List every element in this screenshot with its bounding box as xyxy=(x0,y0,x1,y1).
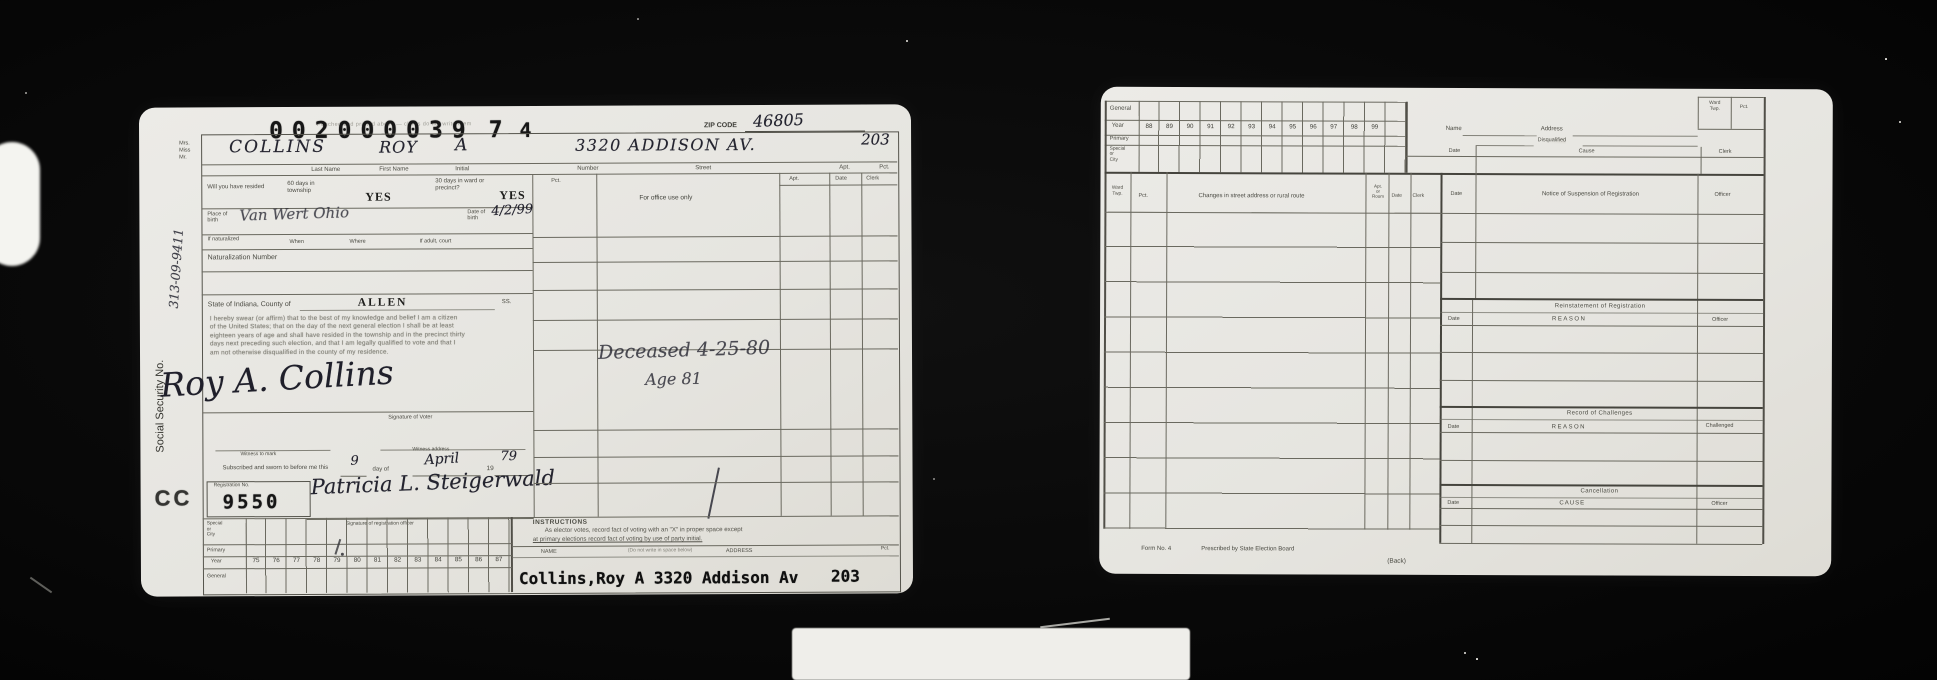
rule xyxy=(1440,406,1763,409)
year-cell: 82 xyxy=(388,557,408,564)
label-number: Number xyxy=(577,166,598,173)
address-table-rows xyxy=(1103,212,1440,530)
cancellation-title: Cancellation xyxy=(1489,488,1709,496)
instructions-title: INSTRUCTIONS xyxy=(533,519,588,527)
grid-special-3: City xyxy=(207,533,223,539)
last-name-value: COLLINS xyxy=(229,137,326,157)
dust-speck xyxy=(1899,121,1901,123)
rule xyxy=(1476,145,1534,146)
ss-label: SS. xyxy=(502,299,512,306)
year-cell: 99 xyxy=(1365,124,1386,131)
label-initial: Initial xyxy=(455,166,469,173)
sworn-day-value: 9 xyxy=(350,454,358,469)
title-prefixes: Mrs. Miss Mr. xyxy=(179,140,190,161)
rule xyxy=(1439,543,1762,545)
rule xyxy=(1440,419,1763,421)
place-of-birth-value: Van Wert Ohio xyxy=(239,203,349,224)
susp-officer-label: Officer xyxy=(1714,192,1730,199)
dust-speck xyxy=(1464,652,1466,654)
back-general-label: General xyxy=(1110,106,1131,113)
form-number: Form No. 4 xyxy=(1141,546,1171,553)
year-cell-empty xyxy=(1385,124,1406,131)
when-label: When xyxy=(290,239,304,246)
year-cell: 80 xyxy=(347,557,367,564)
year-cell: 84 xyxy=(428,556,448,563)
q-township-label: 60 days in township xyxy=(287,181,333,195)
q-township-answer: YES xyxy=(365,190,391,204)
cc-stamp: CC xyxy=(155,485,193,511)
ssn-value-handwritten: 313-09-9411 xyxy=(166,163,190,309)
rule xyxy=(1406,102,1408,173)
year-cell: 81 xyxy=(367,557,387,564)
year-cell: 79 xyxy=(327,557,347,564)
label-last-name: Last Name xyxy=(311,167,340,174)
chal-challenged-label: Challenged xyxy=(1706,423,1734,430)
year-cell: 88 xyxy=(1139,123,1160,130)
bottom-note: (Do not write in space below) xyxy=(628,548,693,554)
tr-date-label: Date xyxy=(1449,148,1461,155)
dust-speck xyxy=(1476,658,1478,660)
rule xyxy=(1731,97,1732,129)
back-special-label: Special or City xyxy=(1110,147,1126,163)
label-apt: Apt. xyxy=(839,165,850,172)
back-primary-label: Primary xyxy=(1110,136,1129,143)
year-cell: 97 xyxy=(1323,124,1344,131)
canc-officer-label: Officer xyxy=(1711,501,1727,508)
year-cell: 93 xyxy=(1241,123,1262,130)
suspension-title: Notice of Suspension of Registration xyxy=(1500,191,1680,199)
address-label: Address xyxy=(1541,126,1563,133)
film-artifact xyxy=(792,628,1190,680)
canc-cause-label: CAUSE xyxy=(1559,500,1585,507)
back-year-label: Year xyxy=(1112,123,1124,130)
at-apt-3: Room xyxy=(1367,194,1388,199)
ward-twp-label: Ward Twp. xyxy=(1701,101,1729,112)
year-cell: 86 xyxy=(468,556,488,563)
rule xyxy=(1440,325,1763,327)
rule xyxy=(1583,145,1698,146)
year-cell: 91 xyxy=(1200,123,1221,130)
at-twp: Twp. xyxy=(1106,191,1128,197)
rule xyxy=(1463,135,1537,136)
dust-speck xyxy=(906,40,908,42)
canc-date-label: Date xyxy=(1447,500,1459,507)
chal-date-label: Date xyxy=(1448,424,1460,431)
sworn-label: Subscribed and sworn to before me this xyxy=(222,465,328,473)
back-special-3: City xyxy=(1110,158,1126,163)
label-street: Street xyxy=(695,165,711,172)
rule xyxy=(1406,156,1764,158)
year-cell: 89 xyxy=(1159,123,1180,130)
q-ward-answer: YES xyxy=(499,188,525,202)
registration-label: Registration No. xyxy=(214,483,250,489)
back-grid-columns xyxy=(1139,101,1406,173)
sworn-year-value: 79 xyxy=(500,449,517,464)
bottom-name-label: NAME xyxy=(541,549,557,556)
state-county-line: State of Indiana, County of xyxy=(208,301,291,310)
year-cell: 90 xyxy=(1180,123,1201,130)
witness-mark-label: Witness to mark xyxy=(240,452,276,458)
rule xyxy=(1440,312,1763,314)
susp-date-label: Date xyxy=(1450,191,1462,198)
registration-card-front: Mrs. Miss Mr. Social Security No. 313-09… xyxy=(139,104,913,596)
rule xyxy=(1471,300,1473,543)
rule xyxy=(1440,213,1763,215)
film-artifact xyxy=(0,142,40,266)
bottom-address-label: ADDRESS xyxy=(726,548,753,555)
film-scratch xyxy=(1040,618,1110,628)
label-pct: Pct. xyxy=(879,164,889,171)
rule xyxy=(1698,97,1699,129)
grid-primary-label: Primary xyxy=(207,547,225,553)
pct-value-handwritten: 203 xyxy=(861,130,890,148)
at-changes-label: Changes in street address or rural route xyxy=(1198,193,1304,200)
rule xyxy=(1440,352,1763,354)
prefix-mr: Mr. xyxy=(179,154,190,161)
county-value: ALLEN xyxy=(358,297,408,311)
rule xyxy=(1701,147,1702,174)
rule xyxy=(1476,146,1477,173)
microfilm-frame: Mrs. Miss Mr. Social Security No. 313-09… xyxy=(0,0,1937,680)
prefix-miss: Miss xyxy=(179,147,190,154)
prescribed-by: Prescribed by State Election Board xyxy=(1201,546,1294,553)
chal-reason-label: REASON xyxy=(1552,424,1586,431)
panel-apt-label: Apt. xyxy=(789,176,799,183)
instructions-line1: As elector votes, record fact of voting … xyxy=(545,526,743,534)
rule xyxy=(1439,508,1762,510)
voter-signature-label: Signature of Voter xyxy=(388,414,432,421)
tr-cause-label: Cause xyxy=(1579,148,1595,155)
street-value: 3320 ADDISON AV. xyxy=(575,135,756,155)
office-use-label: For office use only xyxy=(639,194,692,202)
grid-special-label: Special or City xyxy=(207,521,223,538)
back-grid-years: 88 89 90 91 92 93 94 95 96 97 98 99 xyxy=(1139,123,1406,131)
year-cell: 77 xyxy=(286,557,306,564)
name-label: Name xyxy=(1446,126,1462,133)
rule xyxy=(1439,497,1762,499)
date-of-birth-label: Date of birth xyxy=(467,209,493,222)
zip-value: 46805 xyxy=(753,110,805,131)
grid-year-label: Year xyxy=(211,558,222,564)
dust-speck xyxy=(933,478,935,480)
disqualified-label: Disqualified xyxy=(1538,137,1566,144)
age-note: Age 81 xyxy=(645,369,702,389)
bottom-pct-label: Pct. xyxy=(881,546,890,552)
naturalized-label: If naturalized xyxy=(207,236,247,243)
year-cell: 94 xyxy=(1262,123,1283,130)
rule xyxy=(1440,380,1763,382)
where-label: Where xyxy=(350,239,366,246)
rule xyxy=(1573,135,1698,136)
grid-general-label: General xyxy=(207,573,226,579)
rule xyxy=(1698,97,1764,98)
year-cell: 92 xyxy=(1221,123,1242,130)
panel-date-label: Date xyxy=(835,176,847,183)
twp-label: Twp. xyxy=(1701,106,1729,112)
grid-special-1: Special xyxy=(207,521,223,527)
panel-clerk-label: Clerk xyxy=(866,175,879,182)
year-cell: 87 xyxy=(489,556,509,563)
vote-grid-years: 75 76 77 78 79 80 81 82 83 84 85 86 87 xyxy=(246,556,509,564)
first-name-value: ROY xyxy=(379,137,418,156)
challenges-title: Record of Challenges xyxy=(1490,410,1710,418)
rule xyxy=(1439,525,1762,527)
registration-number: 9550 xyxy=(223,491,281,514)
year-cell: 95 xyxy=(1282,123,1303,130)
sworn-month-value: April xyxy=(424,450,460,468)
panel-pct-label: Pct. xyxy=(551,178,561,185)
prefix-mrs: Mrs. xyxy=(179,140,190,147)
back-label: (Back) xyxy=(1387,558,1406,566)
at-clerk-label: Clerk xyxy=(1412,194,1424,200)
naturalization-number-label: Naturalization Number xyxy=(208,254,278,263)
rule xyxy=(1698,129,1764,130)
dust-speck xyxy=(1885,58,1887,60)
year-cell: 78 xyxy=(307,557,327,564)
typed-name-address: Collins,Roy A 3320 Addison Av xyxy=(519,569,798,589)
date-of-birth-value: 4/2/99 xyxy=(491,202,534,219)
instructions-line2: at primary elections record fact of voti… xyxy=(533,535,703,543)
q-ward-label: 30 days in ward or precinct? xyxy=(435,178,493,192)
year-cell: 85 xyxy=(448,556,468,563)
rein-officer-label: Officer xyxy=(1712,317,1728,324)
reinstatement-title: Reinstatement of Registration xyxy=(1490,303,1710,311)
adult-court-label: If adult, court xyxy=(420,238,452,245)
typed-pct: 203 xyxy=(831,568,860,587)
rule xyxy=(1440,460,1763,462)
rule xyxy=(1762,97,1765,544)
initial-value: A xyxy=(455,135,467,155)
year-cell: 75 xyxy=(246,557,266,564)
year-cell: 83 xyxy=(408,556,428,563)
at-pct-label: Pct. xyxy=(1138,193,1148,200)
at-ward-twp-label: Ward Twp. xyxy=(1106,186,1128,197)
affidavit-text: I hereby swear (or affirm) that to the b… xyxy=(210,314,522,357)
dust-speck xyxy=(25,92,27,94)
year-cell: 76 xyxy=(266,557,286,564)
rule xyxy=(1439,484,1762,487)
place-of-birth-label: Place of birth xyxy=(207,211,237,224)
rein-reason-label: REASON xyxy=(1552,316,1586,323)
film-scratch xyxy=(30,577,52,594)
dust-speck xyxy=(637,18,639,20)
at-date-label: Date xyxy=(1391,194,1402,200)
rule xyxy=(1105,172,1764,176)
zip-label: ZIP CODE xyxy=(704,122,737,130)
year-cell: 96 xyxy=(1303,123,1324,130)
q-resided-label: Will you have resided xyxy=(207,184,269,191)
tr-clerk-label: Clerk xyxy=(1719,149,1732,156)
pct-box-label: Pct. xyxy=(1740,105,1749,111)
rule xyxy=(1440,242,1763,244)
at-apt-label: Apt. or Room xyxy=(1367,184,1388,200)
rein-date-label: Date xyxy=(1448,316,1460,323)
rule xyxy=(1440,298,1763,301)
registration-card-back: General Year Primary Special or City 88 … xyxy=(1099,87,1833,577)
year-cell: 98 xyxy=(1344,124,1365,131)
rule xyxy=(1440,272,1763,274)
pencil-dot xyxy=(341,553,344,556)
rule xyxy=(1475,173,1476,300)
rule xyxy=(1440,432,1763,434)
label-first-name: First Name xyxy=(379,167,408,174)
